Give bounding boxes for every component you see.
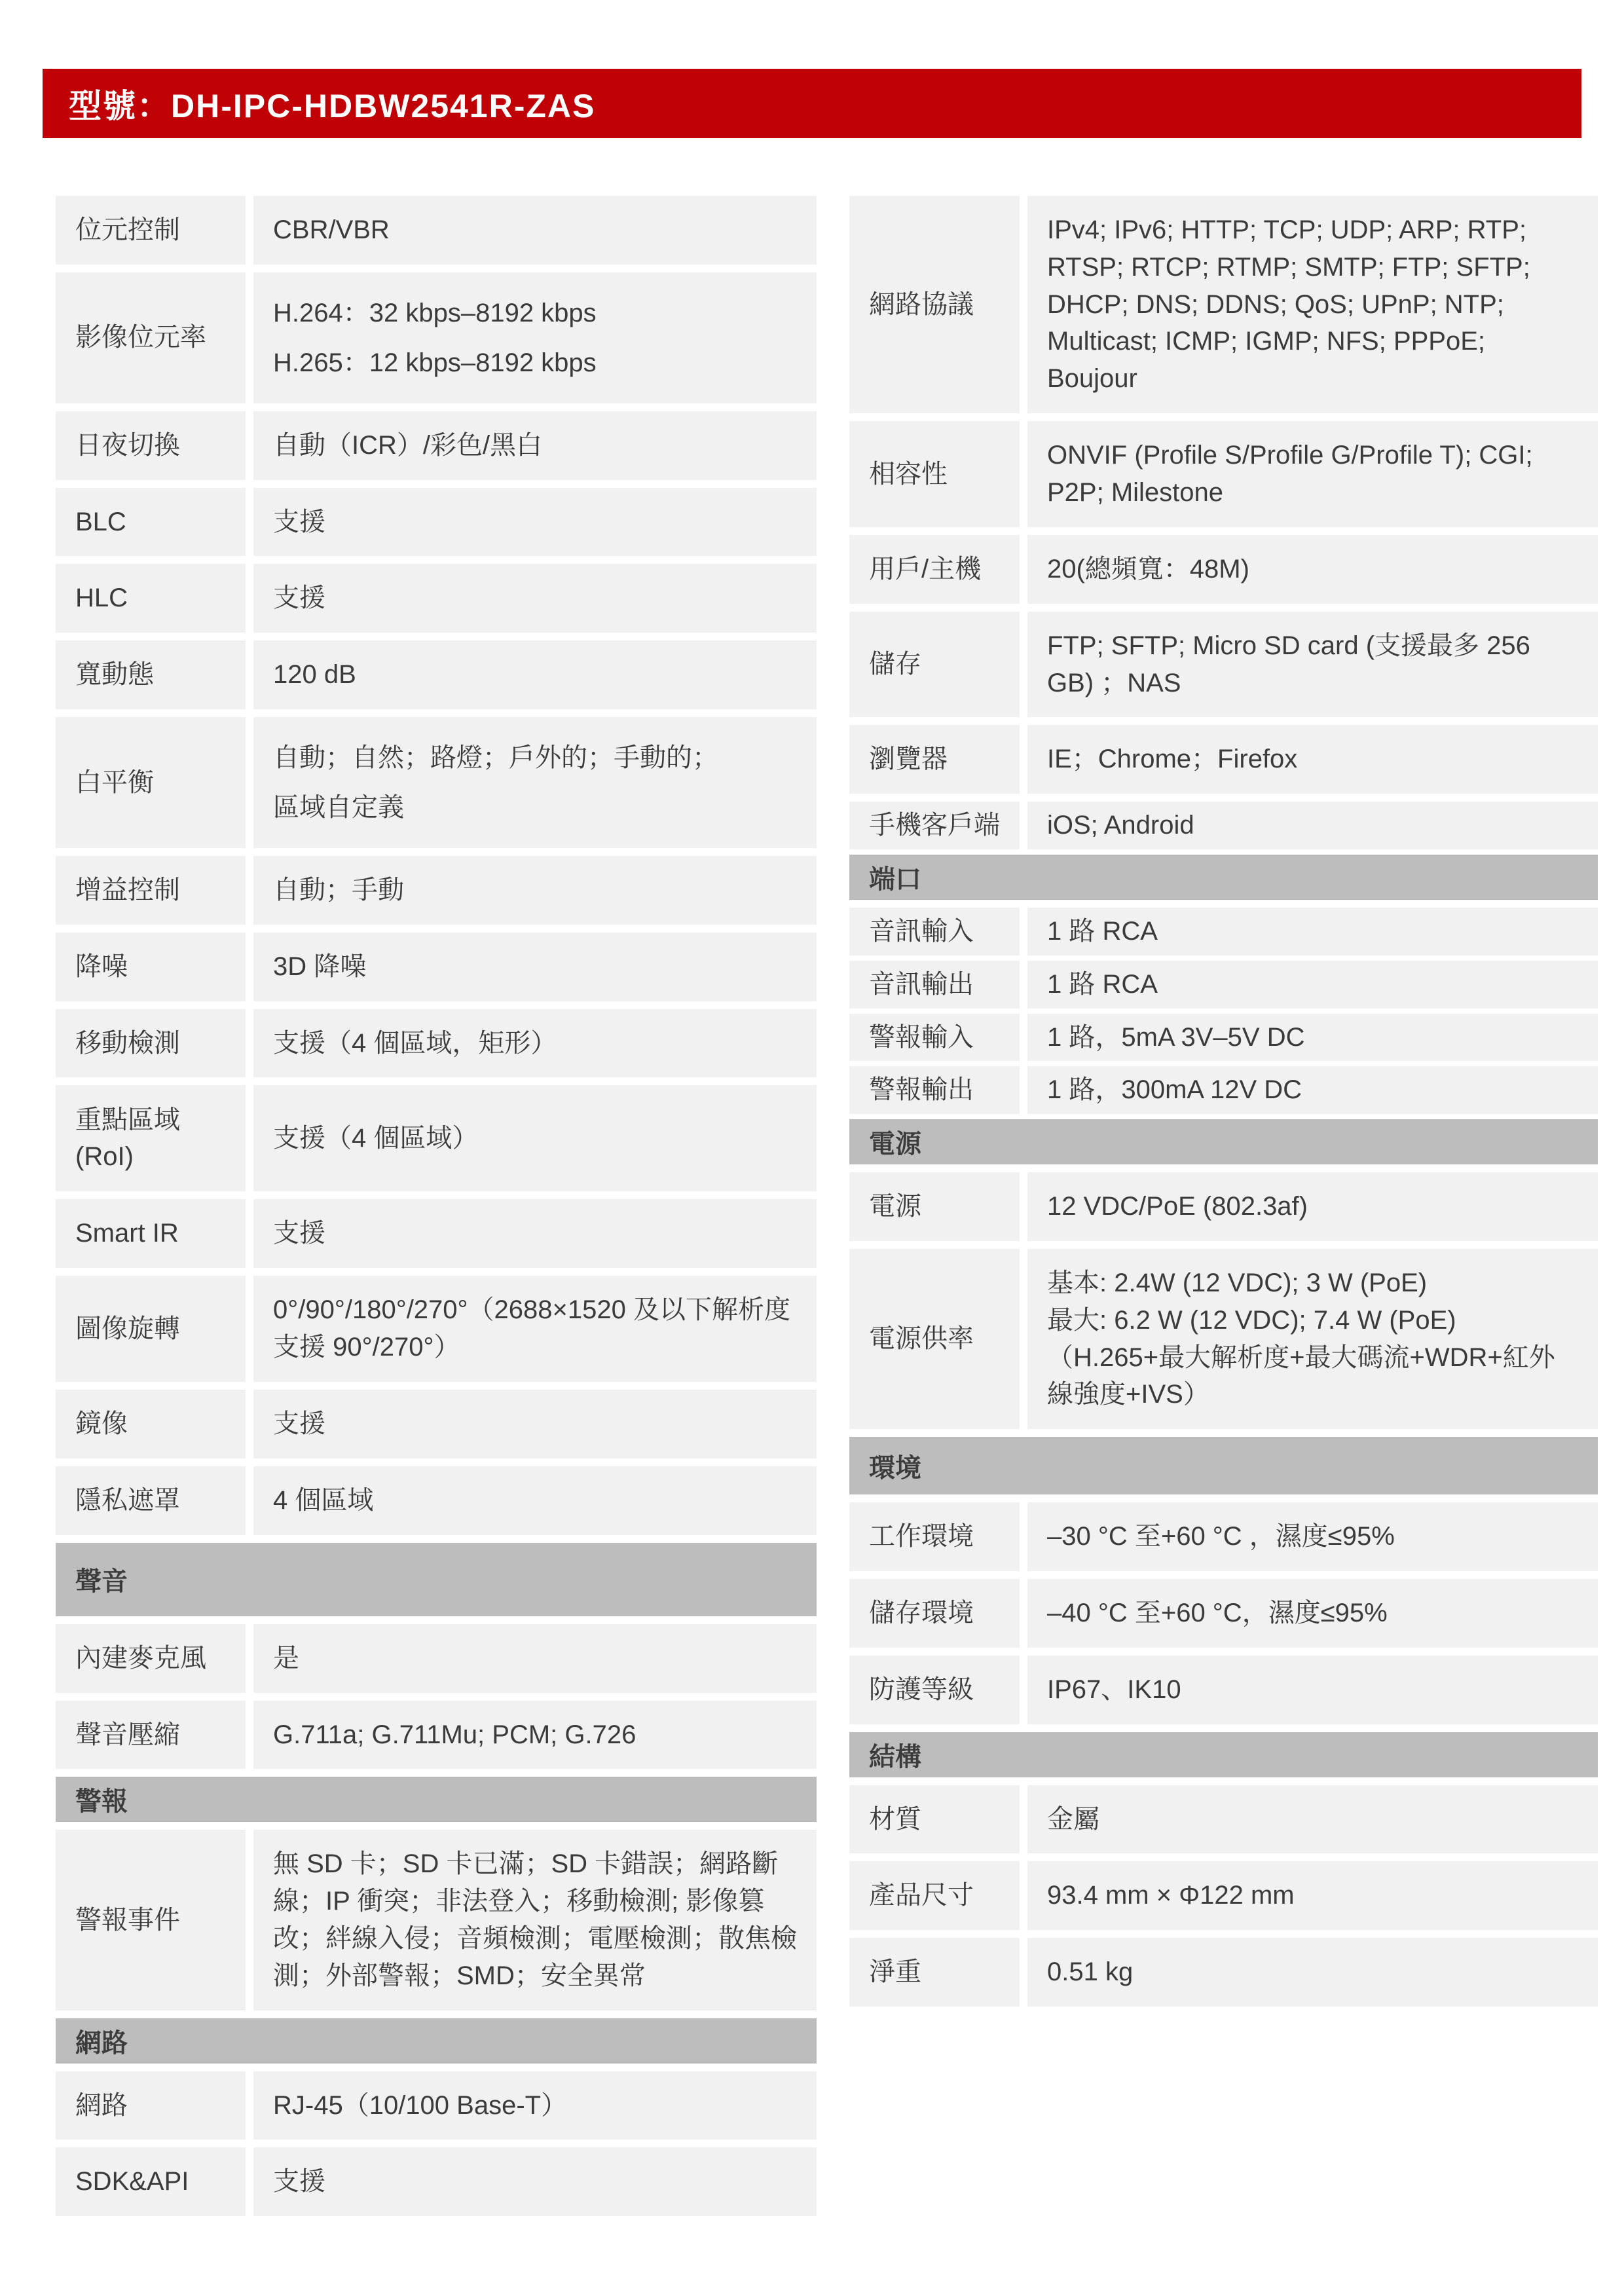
spec-row-audio-input: 音訊輸入 1 路 RCA [849,908,1598,955]
spec-label: 網路協議 [849,196,1020,413]
section-header-alarm: 警報 [56,1777,817,1822]
spec-table-right: 網路協議 IPv4; IPv6; HTTP; TCP; UDP; ARP; RT… [849,196,1598,2014]
spec-value: 支援 [253,488,817,557]
spec-label: 聲音壓縮 [56,1701,246,1769]
spec-row-network-port: 網路 RJ-45（10/100 Base-T） [56,2071,817,2140]
spec-value: RJ-45（10/100 Base-T） [253,2071,817,2140]
spec-row-mobile-client: 手機客戶端 iOS; Android [849,802,1598,849]
spec-value: 支援（4 個區域，矩形） [253,1009,817,1078]
spec-tables: 位元控制 CBR/VBR 影像位元率 H.264：32 kbps–8192 kb… [56,196,1598,2224]
section-header-ports: 端口 [849,855,1598,900]
spec-label: 手機客戶端 [849,802,1020,849]
spec-row-image-rotation: 圖像旋轉 0°/90°/180°/270°（2688×1520 及以下解析度支援… [56,1276,817,1382]
spec-row-builtin-mic: 內建麥克風 是 [56,1624,817,1693]
spec-row-storage: 儲存 FTP; SFTP; Micro SD card (支援最多 256 GB… [849,612,1598,718]
spec-row-alarm-output: 警報輸出 1 路，300mA 12V DC [849,1066,1598,1114]
spec-row-audio-compression: 聲音壓縮 G.711a; G.711Mu; PCM; G.726 [56,1701,817,1769]
spec-label: 用戶/主機 [849,535,1020,604]
model-number-title: 型號：DH-IPC-HDBW2541R-ZAS [69,80,595,127]
spec-value: 93.4 mm × Φ122 mm [1027,1861,1598,1930]
spec-label: 重點區域 (RoI) [56,1085,246,1191]
spec-row-hlc: HLC 支援 [56,564,817,633]
spec-value: 基本: 2.4W (12 VDC); 3 W (PoE) 最大: 6.2 W (… [1027,1249,1598,1429]
spec-row-roi: 重點區域 (RoI) 支援（4 個區域） [56,1085,817,1191]
spec-label: 位元控制 [56,196,246,265]
spec-value: 1 路，5mA 3V–5V DC [1027,1014,1598,1062]
spec-row-power-consumption: 電源供率 基本: 2.4W (12 VDC); 3 W (PoE) 最大: 6.… [849,1249,1598,1429]
spec-value: 支援 [253,1390,817,1458]
spec-value: IPv4; IPv6; HTTP; TCP; UDP; ARP; RTP; RT… [1027,196,1598,413]
section-header-power: 電源 [849,1119,1598,1164]
spec-label: 音訊輸出 [849,961,1020,1009]
spec-label: 警報輸入 [849,1014,1020,1062]
spec-row-blc: BLC 支援 [56,488,817,557]
section-header-structure: 結構 [849,1732,1598,1777]
spec-row-smart-ir: Smart IR 支援 [56,1199,817,1268]
spec-row-alarm-events: 警報事件 無 SD 卡；SD 卡已滿；SD 卡錯誤；網路斷線；IP 衝突；非法登… [56,1830,817,2010]
spec-label: 電源供率 [849,1249,1020,1429]
spec-label: 工作環境 [849,1502,1020,1571]
spec-label: 淨重 [849,1938,1020,2007]
spec-value: 金屬 [1027,1785,1598,1854]
spec-row-day-night: 日夜切換 自動（ICR）/彩色/黑白 [56,411,817,480]
spec-value: –30 °C 至+60 °C ，濕度≤95% [1027,1502,1598,1571]
spec-row-wdr: 寬動態 120 dB [56,640,817,709]
section-header-audio: 聲音 [56,1543,817,1616]
spec-label: SDK&API [56,2147,246,2216]
spec-sheet: { "header": { "model_label": "型號：DH-IPC-… [0,0,1624,2279]
spec-label: 警報事件 [56,1830,246,2010]
spec-value: 支援 [253,1199,817,1268]
spec-label: 隱私遮罩 [56,1466,246,1535]
spec-row-mirror: 鏡像 支援 [56,1390,817,1458]
spec-value: 0°/90°/180°/270°（2688×1520 及以下解析度支援 90°/… [253,1276,817,1382]
spec-row-noise-reduction: 降噪 3D 降噪 [56,933,817,1001]
spec-label: 警報輸出 [849,1066,1020,1114]
spec-row-storage-environment: 儲存環境 –40 °C 至+60 °C，濕度≤95% [849,1579,1598,1648]
spec-row-audio-output: 音訊輸出 1 路 RCA [849,961,1598,1009]
spec-label: HLC [56,564,246,633]
spec-row-gain-control: 增益控制 自動；手動 [56,856,817,925]
section-header-network: 網路 [56,2018,817,2064]
spec-value: 自動；自然；路燈；戶外的；手動的； 區域自定義 [253,717,817,848]
spec-value: G.711a; G.711Mu; PCM; G.726 [253,1701,817,1769]
spec-row-browser: 瀏覽器 IE；Chrome；Firefox [849,725,1598,794]
spec-row-protection-rating: 防護等級 IP67、IK10 [849,1656,1598,1724]
spec-value: 1 路 RCA [1027,961,1598,1009]
spec-row-alarm-input: 警報輸入 1 路，5mA 3V–5V DC [849,1014,1598,1062]
spec-label: 產品尺寸 [849,1861,1020,1930]
spec-row-motion-detection: 移動檢測 支援（4 個區域，矩形） [56,1009,817,1078]
spec-table-left: 位元控制 CBR/VBR 影像位元率 H.264：32 kbps–8192 kb… [56,196,817,2224]
spec-label: 電源 [849,1172,1020,1241]
spec-value: 120 dB [253,640,817,709]
spec-row-dimensions: 產品尺寸 93.4 mm × Φ122 mm [849,1861,1598,1930]
spec-value: 3D 降噪 [253,933,817,1001]
spec-row-video-bitrate: 影像位元率 H.264：32 kbps–8192 kbps H.265：12 k… [56,272,817,403]
spec-value: ONVIF (Profile S/Profile G/Profile T); C… [1027,421,1598,527]
spec-row-sdk-api: SDK&API 支援 [56,2147,817,2216]
spec-row-material: 材質 金屬 [849,1785,1598,1854]
spec-label: 相容性 [849,421,1020,527]
spec-row-operating-environment: 工作環境 –30 °C 至+60 °C ，濕度≤95% [849,1502,1598,1571]
spec-label: 儲存環境 [849,1579,1020,1648]
spec-row-user-host: 用戶/主機 20(總頻寬：48M) [849,535,1598,604]
spec-value: 1 路，300mA 12V DC [1027,1066,1598,1114]
spec-row-interoperability: 相容性 ONVIF (Profile S/Profile G/Profile T… [849,421,1598,527]
spec-label: 鏡像 [56,1390,246,1458]
spec-value: IP67、IK10 [1027,1656,1598,1724]
spec-value: 自動（ICR）/彩色/黑白 [253,411,817,480]
spec-label: 網路 [56,2071,246,2140]
spec-label: 防護等級 [849,1656,1020,1724]
page-banner: 型號：DH-IPC-HDBW2541R-ZAS [43,69,1581,138]
spec-row-white-balance: 白平衡 自動；自然；路燈；戶外的；手動的； 區域自定義 [56,717,817,848]
spec-value: H.264：32 kbps–8192 kbps H.265：12 kbps–81… [253,272,817,403]
spec-value: iOS; Android [1027,802,1598,849]
spec-label: 內建麥克風 [56,1624,246,1693]
spec-label: 降噪 [56,933,246,1001]
spec-label: 圖像旋轉 [56,1276,246,1382]
spec-value: IE；Chrome；Firefox [1027,725,1598,794]
spec-label: 音訊輸入 [849,908,1020,955]
spec-value: 1 路 RCA [1027,908,1598,955]
spec-row-net-weight: 淨重 0.51 kg [849,1938,1598,2007]
spec-label: 增益控制 [56,856,246,925]
spec-row-privacy-mask: 隱私遮罩 4 個區域 [56,1466,817,1535]
spec-value: 支援（4 個區域） [253,1085,817,1191]
spec-value: CBR/VBR [253,196,817,265]
spec-label: 白平衡 [56,717,246,848]
spec-label: 瀏覽器 [849,725,1020,794]
spec-row-power-supply: 電源 12 VDC/PoE (802.3af) [849,1172,1598,1241]
spec-row-protocols: 網路協議 IPv4; IPv6; HTTP; TCP; UDP; ARP; RT… [849,196,1598,413]
spec-label: 移動檢測 [56,1009,246,1078]
spec-value: 自動；手動 [253,856,817,925]
spec-label: 儲存 [849,612,1020,718]
spec-label: 材質 [849,1785,1020,1854]
spec-value: 0.51 kg [1027,1938,1598,2007]
section-header-environment: 環境 [849,1437,1598,1494]
spec-value: 是 [253,1624,817,1693]
spec-value: –40 °C 至+60 °C，濕度≤95% [1027,1579,1598,1648]
spec-value: 支援 [253,2147,817,2216]
spec-row-bitrate-control: 位元控制 CBR/VBR [56,196,817,265]
spec-value: FTP; SFTP; Micro SD card (支援最多 256 GB) ；… [1027,612,1598,718]
spec-value: 支援 [253,564,817,633]
spec-label: BLC [56,488,246,557]
spec-value: 12 VDC/PoE (802.3af) [1027,1172,1598,1241]
spec-label: 寬動態 [56,640,246,709]
spec-label: 影像位元率 [56,272,246,403]
spec-label: Smart IR [56,1199,246,1268]
spec-value: 20(總頻寬：48M) [1027,535,1598,604]
spec-value: 無 SD 卡；SD 卡已滿；SD 卡錯誤；網路斷線；IP 衝突；非法登入；移動檢… [253,1830,817,2010]
spec-value: 4 個區域 [253,1466,817,1535]
spec-label: 日夜切換 [56,411,246,480]
